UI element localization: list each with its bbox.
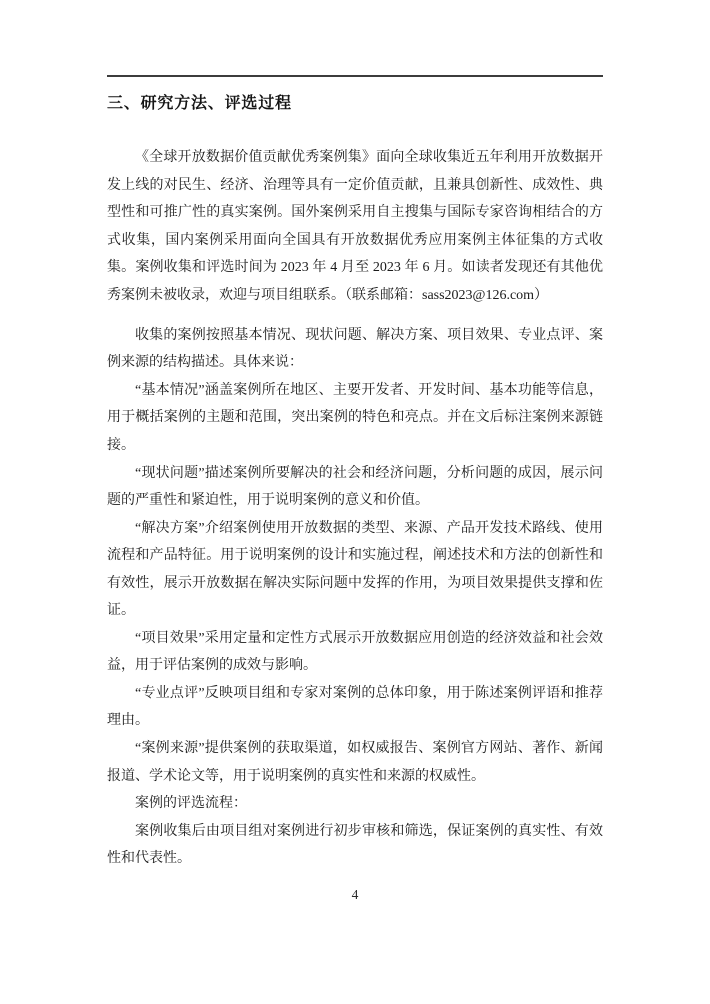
paragraph-case-source: “案例来源”提供案例的获取渠道，如权威报告、案例官方网站、著作、新闻报道、学术论…: [107, 735, 603, 790]
section-heading: 三、研究方法、评选过程: [107, 93, 603, 114]
paragraph-selection-process-title: 案例的评选流程：: [107, 790, 603, 818]
page-number: 4: [107, 887, 603, 903]
paragraph-project-effect: “项目效果”采用定量和定性方式展示开放数据应用创造的经济效益和社会效益，用于评估…: [107, 625, 603, 680]
paragraph-current-problems: “现状问题”描述案例所要解决的社会和经济问题，分析问题的成因，展示问题的严重性和…: [107, 460, 603, 515]
paragraph-solution: “解决方案”介绍案例使用开放数据的类型、来源、产品开发技术路线、使用流程和产品特…: [107, 515, 603, 625]
paragraph-basic-info: “基本情况”涵盖案例所在地区、主要开发者、开发时间、基本功能等信息，用于概括案例…: [107, 377, 603, 460]
paragraph-expert-comment: “专业点评”反映项目组和专家对案例的总体印象，用于陈述案例评语和推荐理由。: [107, 680, 603, 735]
header-divider: [107, 75, 603, 77]
paragraph-structure-overview: 收集的案例按照基本情况、现状问题、解决方案、项目效果、专业点评、案例来源的结构描…: [107, 322, 603, 377]
paragraph-selection-process-detail: 案例收集后由项目组对案例进行初步审核和筛选，保证案例的真实性、有效性和代表性。: [107, 818, 603, 873]
paragraph-case-collection-intro: 《全球开放数据价值贡献优秀案例集》面向全球收集近五年利用开放数据开发上线的对民生…: [107, 144, 603, 309]
page-content: 三、研究方法、评选过程 《全球开放数据价值贡献优秀案例集》面向全球收集近五年利用…: [107, 0, 603, 873]
document-page: 三、研究方法、评选过程 《全球开放数据价值贡献优秀案例集》面向全球收集近五年利用…: [0, 0, 710, 1004]
